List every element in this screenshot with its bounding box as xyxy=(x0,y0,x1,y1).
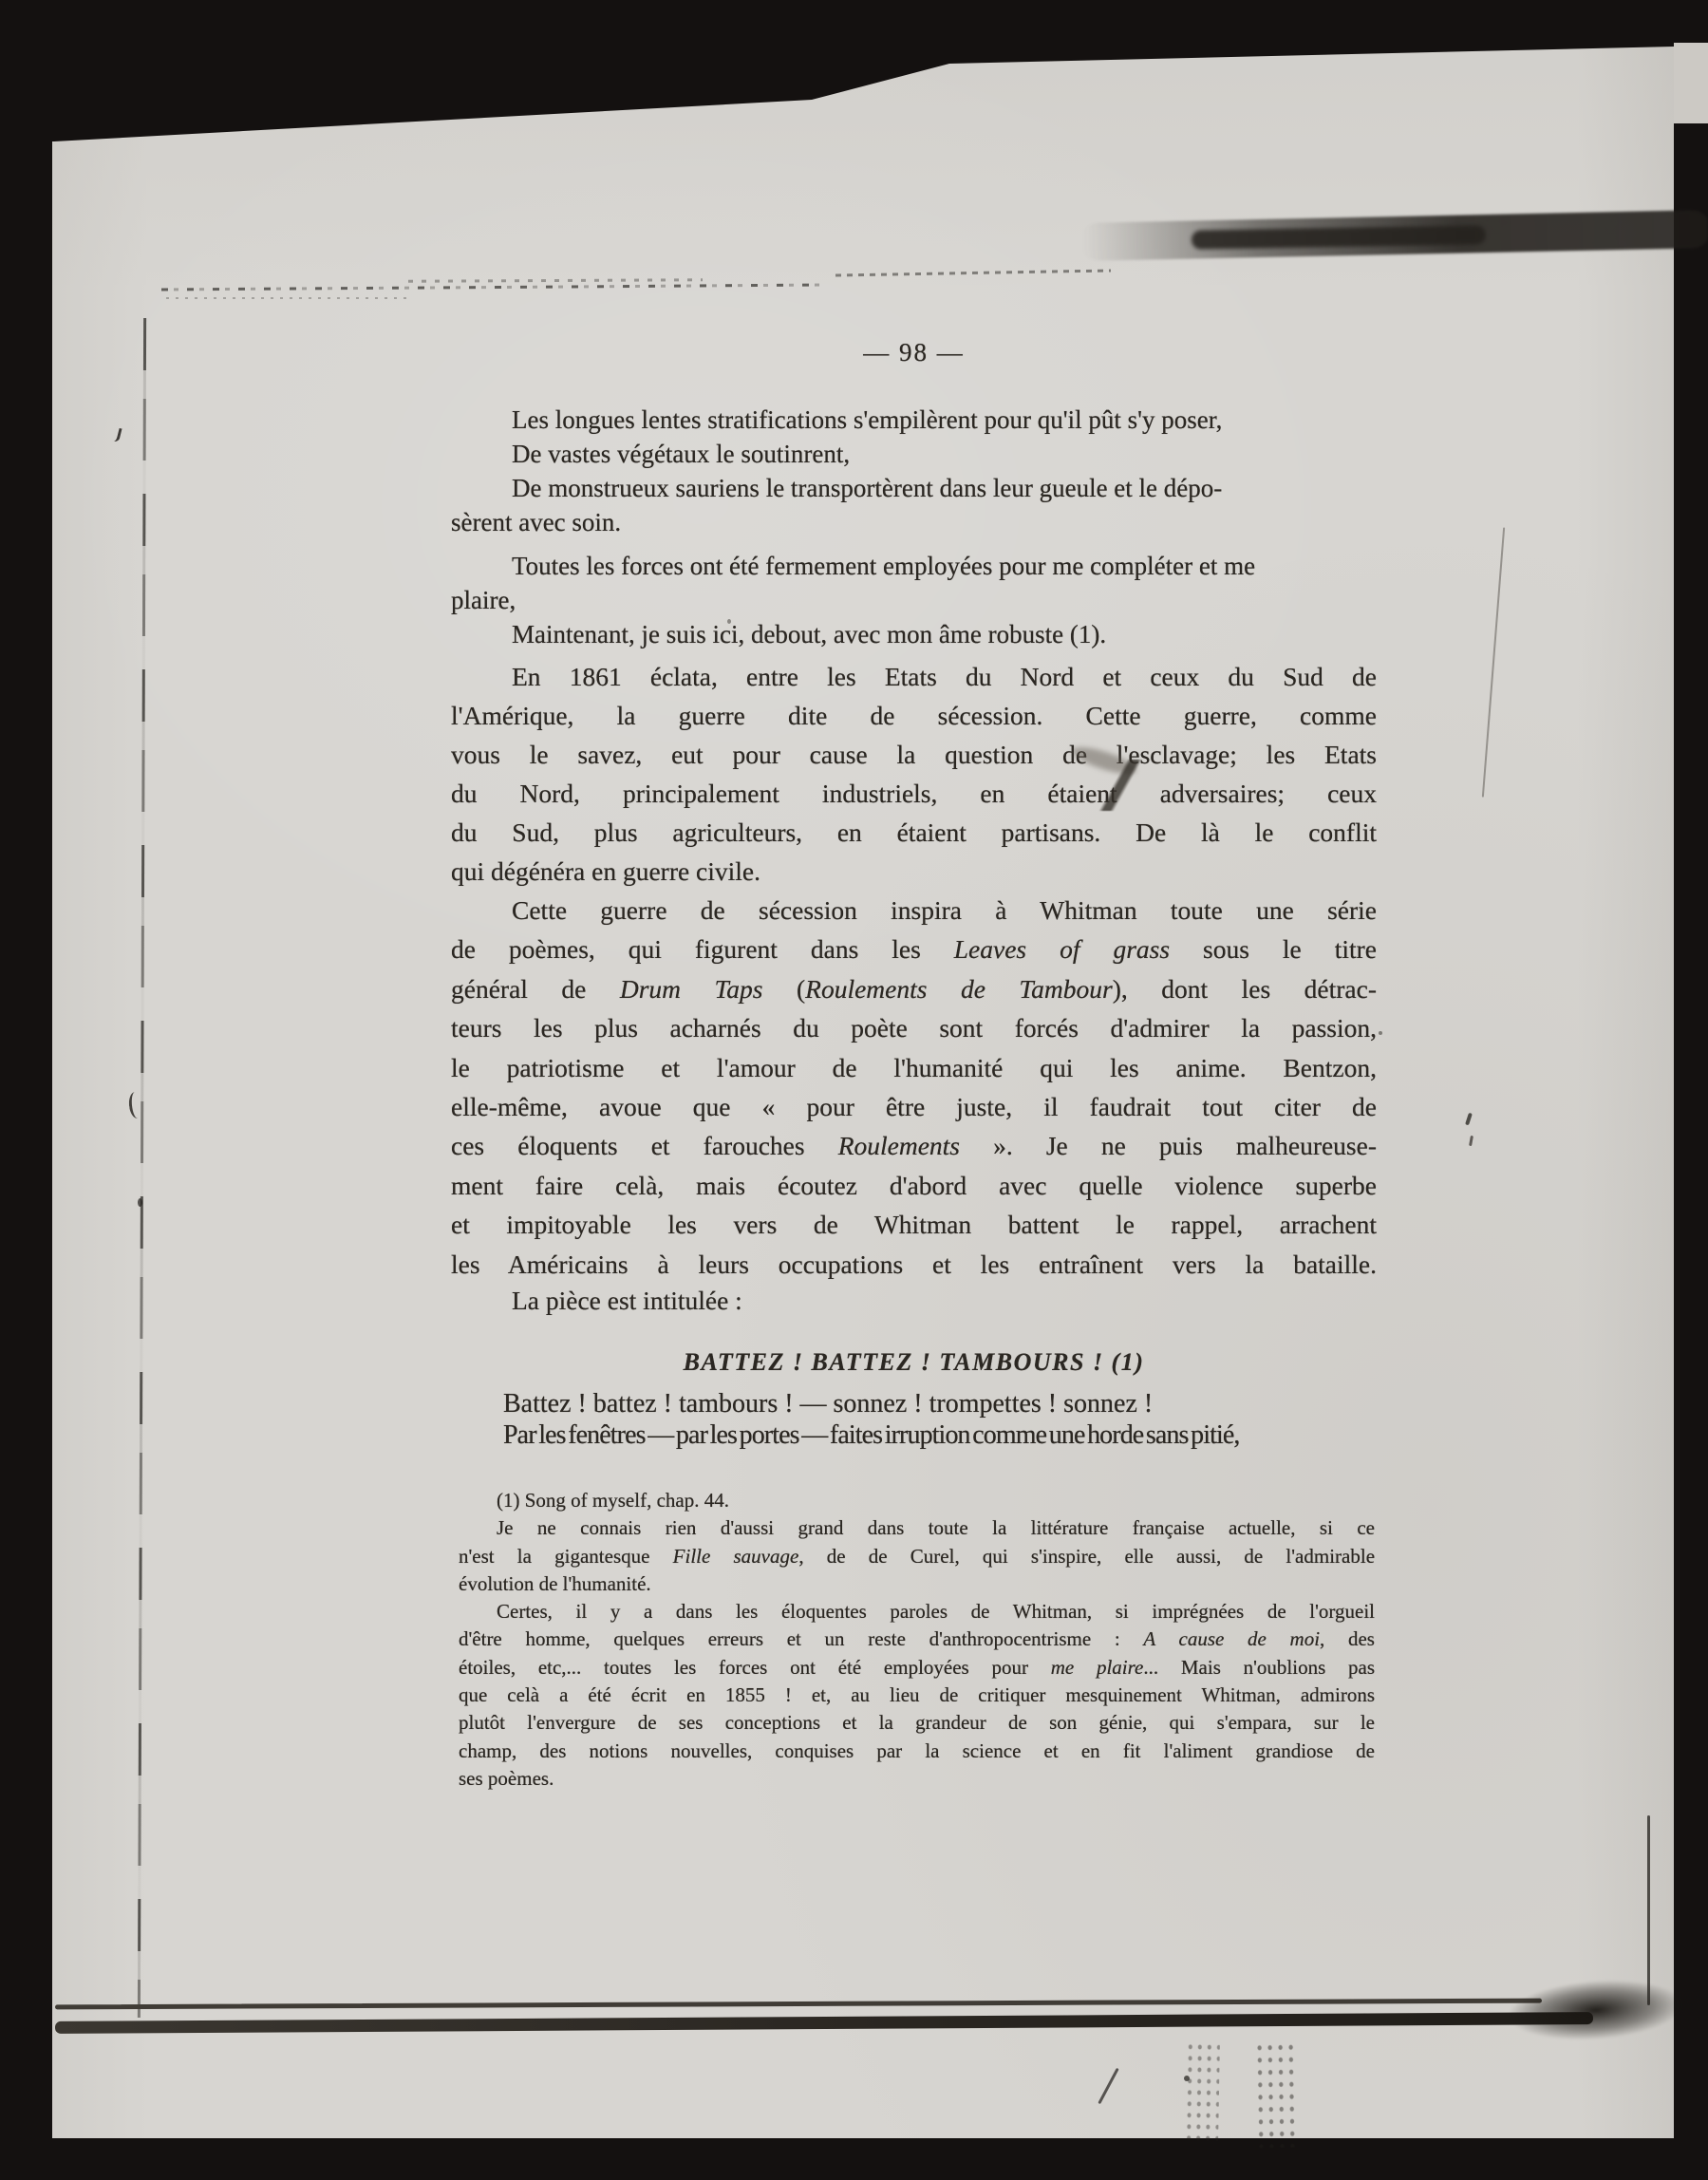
second-sheet-sliver xyxy=(1674,43,1708,123)
text-line: Battez ! battez ! tambours ! — sonnez ! … xyxy=(503,1388,1386,1419)
text-line: le patriotisme et l'amour de l'humanité … xyxy=(451,1048,1377,1087)
text-line: du Nord, principalement industriels, en … xyxy=(451,774,1377,813)
text-line: En 1861 éclata, entre les Etats du Nord … xyxy=(451,657,1377,696)
poem-excerpt-song-of-myself: Les longues lentes stratifications s'emp… xyxy=(451,403,1377,651)
text-line: champ, des notions nouvelles, conquises … xyxy=(459,1738,1375,1765)
text-line: d'être homme, quelques erreurs et un res… xyxy=(459,1626,1375,1653)
scan-right-border xyxy=(1674,123,1708,2180)
text-line: Je ne connais rien d'aussi grand dans to… xyxy=(459,1514,1375,1542)
text-line: Certes, il y a dans les éloquentes parol… xyxy=(459,1598,1375,1626)
scan-top-edge-shadow xyxy=(52,43,1674,143)
footnote-block: (1) Song of myself, chap. 44.Je ne conna… xyxy=(459,1487,1375,1793)
text-line: Toutes les forces ont été fermement empl… xyxy=(451,549,1377,583)
text-line: (1) Song of myself, chap. 44. xyxy=(459,1487,1375,1514)
page-number: — 98 — xyxy=(451,338,1377,367)
text-line: que celà a été écrit en 1855 ! et, au li… xyxy=(459,1682,1375,1709)
poem-excerpt-battez-tambours: Battez ! battez ! tambours ! — sonnez ! … xyxy=(503,1388,1386,1451)
text-line: de poèmes, qui figurent dans les Leaves … xyxy=(451,930,1377,968)
text-line: ses poèmes. xyxy=(459,1765,1375,1793)
text-line: ces éloquents et farouches Roulements ».… xyxy=(451,1126,1377,1165)
text-line: vous le savez, eut pour cause la questio… xyxy=(451,735,1377,774)
text-line: De vastes végétaux le soutinrent, xyxy=(451,437,1377,471)
text-line: n'est la gigantesque Fille sauvage, de d… xyxy=(459,1543,1375,1570)
text-line: l'Amérique, la guerre dite de sécession.… xyxy=(451,696,1377,735)
text-line: qui dégénéra en guerre civile. xyxy=(451,852,1377,891)
text-line: Maintenant, je suis ici, debout, avec mo… xyxy=(451,617,1377,651)
text-line: plutôt l'envergure de ses conceptions et… xyxy=(459,1709,1375,1737)
text-line: Cette guerre de sécession inspira à Whit… xyxy=(451,891,1377,930)
paragraph-drum-taps: Cette guerre de sécession inspira à Whit… xyxy=(451,891,1377,1284)
text-line: du Sud, plus agriculteurs, en étaient pa… xyxy=(451,813,1377,852)
text-line: De monstrueux sauriens le transportèrent… xyxy=(451,471,1377,505)
scan-bottom-border xyxy=(0,2138,1708,2180)
text-line: ment faire celà, mais écoutez d'abord av… xyxy=(451,1166,1377,1205)
text-line: Par les fenêtres — par les portes — fait… xyxy=(503,1419,1386,1451)
text-line: sèrent avec soin. xyxy=(451,505,1377,539)
text-line: général de Drum Taps (Roulements de Tamb… xyxy=(451,969,1377,1008)
poem-title: BATTEZ ! BATTEZ ! TAMBOURS ! (1) xyxy=(451,1348,1377,1377)
text-line: évolution de l'humanité. xyxy=(459,1570,1375,1598)
paragraph-secession-war: En 1861 éclata, entre les Etats du Nord … xyxy=(451,657,1377,891)
text-line: elle-même, avoue que « pour être juste, … xyxy=(451,1087,1377,1126)
text-line: étoiles, etc,... toutes les forces ont é… xyxy=(459,1654,1375,1682)
intro-line: La pièce est intitulée : xyxy=(451,1286,1377,1316)
text-line: teurs les plus acharnés du poète sont fo… xyxy=(451,1008,1377,1047)
scanned-book-page-screenshot: { "colors": { "background": "#141110", "… xyxy=(0,0,1708,2180)
text-line: Les longues lentes stratifications s'emp… xyxy=(451,403,1377,437)
text-line: les Américains à leurs occupations et le… xyxy=(451,1245,1377,1284)
text-line: et impitoyable les vers de Whitman batte… xyxy=(451,1205,1377,1244)
text-line: plaire, xyxy=(451,583,1377,617)
